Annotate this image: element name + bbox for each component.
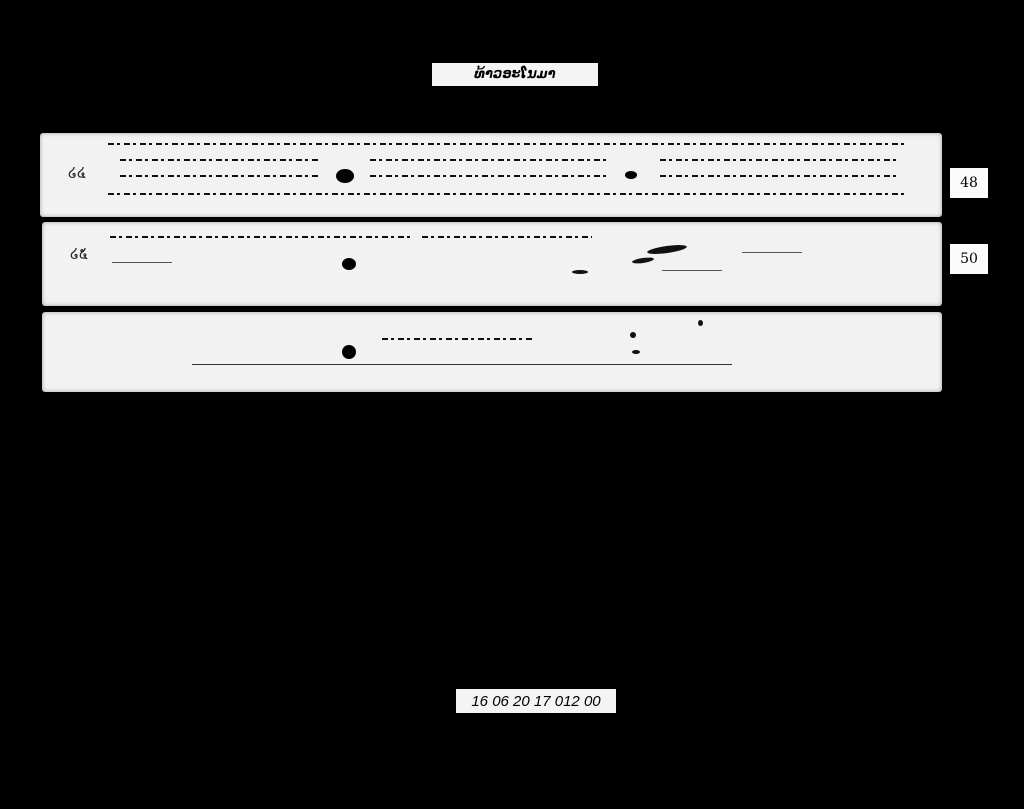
- palm-leaf-folio-2: ໒໕: [42, 222, 942, 306]
- binding-hole-icon: [336, 169, 354, 183]
- script-line: [108, 143, 908, 145]
- script-line: [120, 175, 320, 177]
- binding-hole-icon: [625, 171, 637, 179]
- ink-stain: [632, 350, 640, 354]
- script-line: [370, 159, 610, 161]
- page-number-badge: 48: [950, 168, 988, 198]
- scratch-mark: [742, 252, 802, 253]
- script-line: [370, 175, 610, 177]
- script-line: [120, 159, 320, 161]
- ink-stain: [647, 243, 688, 255]
- palm-leaf-folio-3-cover: [42, 312, 942, 392]
- script-line: [660, 175, 900, 177]
- scratch-mark: [192, 364, 732, 365]
- script-line: [110, 236, 410, 238]
- palm-leaf-folio-1: ໒໔: [40, 133, 942, 217]
- script-line: [382, 338, 532, 340]
- folio-margin-number: ໒໔: [68, 165, 86, 181]
- page-number-badge: 50: [950, 244, 988, 274]
- ink-stain: [698, 320, 703, 326]
- script-line: [108, 193, 908, 195]
- folio-margin-number: ໒໕: [70, 246, 88, 262]
- scratch-mark: [662, 270, 722, 271]
- ink-stain: [630, 332, 636, 338]
- script-line: [422, 236, 592, 238]
- scratch-mark: [112, 262, 172, 263]
- archive-code-label: 16 06 20 17 012 00: [456, 689, 616, 713]
- ink-stain: [632, 256, 654, 264]
- ink-stain: [572, 270, 588, 274]
- binding-hole-icon: [342, 345, 356, 359]
- script-line: [660, 159, 900, 161]
- binding-hole-icon: [342, 258, 356, 270]
- manuscript-title-label: ທ້າວອະໂນມາ: [432, 63, 598, 86]
